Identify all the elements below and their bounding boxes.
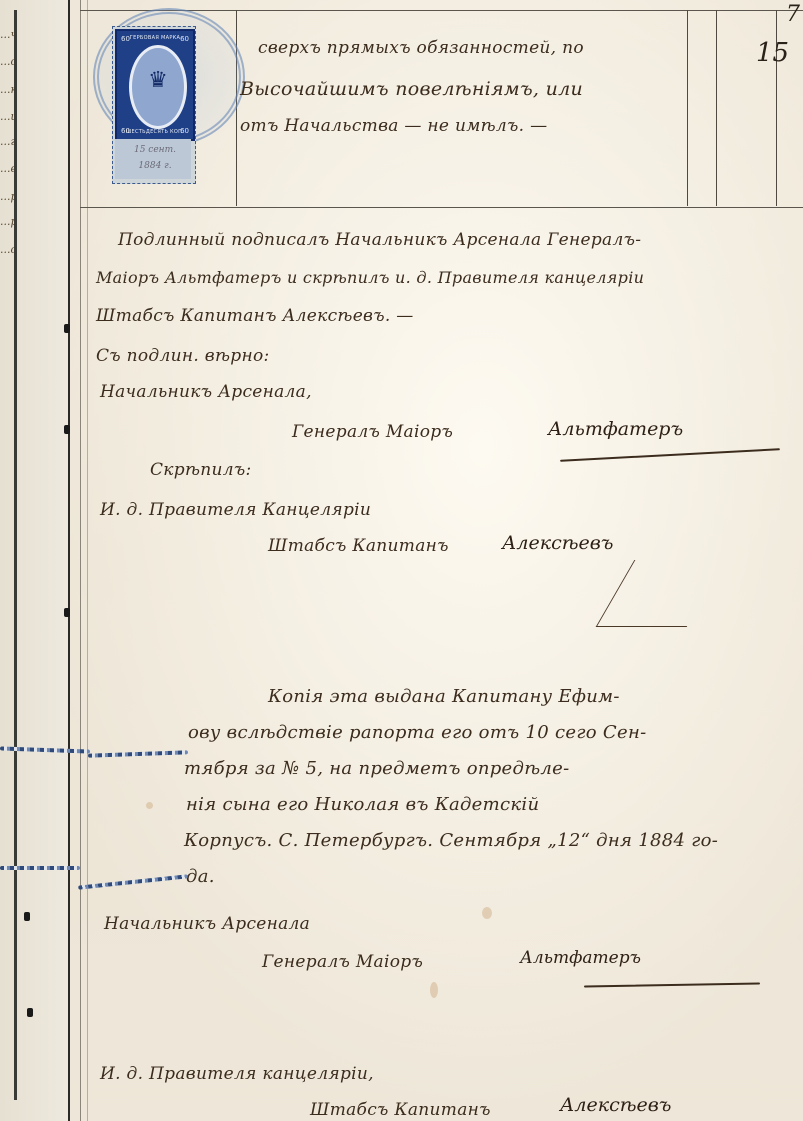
revenue-stamp: 60 60 60 60 ♛ ГЕРБОВАЯ МАРКА ШЕСТЬДЕСЯТЬ… <box>112 26 196 184</box>
stamp-design: 60 60 60 60 ♛ ГЕРБОВАЯ МАРКА ШЕСТЬДЕСЯТЬ… <box>115 29 195 141</box>
signature-altfater: Альтфатеръ <box>548 418 683 440</box>
body-line: Начальникъ Арсенала, <box>100 382 312 402</box>
signature-alekseev: Алексѣевъ <box>560 1094 671 1116</box>
issue-line: Корпусъ. С. Петербургъ. Сентября „12“ дн… <box>184 830 718 851</box>
paper-stain <box>430 982 438 998</box>
office-acting-chancellery-head: И. д. Правителя канцеляріи, <box>100 1064 374 1084</box>
stamp-cancel-year: 1884 г. <box>121 161 189 171</box>
left-underlying-sheet: ...ча ...ое- ...к. ...ила ...го ...ен- .… <box>0 0 70 1121</box>
left-fragment: ...го <box>0 135 14 148</box>
rank-general-major: Генералъ Маiоръ <box>292 422 453 442</box>
left-fragment: ...рва <box>0 190 14 203</box>
binding-hole <box>24 912 30 921</box>
binding-hole <box>64 324 70 333</box>
stamp-value-text: ШЕСТЬДЕСЯТЬ КОП. <box>117 129 193 135</box>
countersign-label: Скрѣпилъ: <box>150 460 252 480</box>
left-sheet-border-rule <box>14 10 17 1100</box>
double-headed-eagle-icon: ♛ <box>132 70 184 92</box>
table-cell-line: Высочайшимъ повелѣніямъ, или <box>240 78 583 100</box>
left-fragment: ...ру. <box>0 215 14 228</box>
stamp-oval: ♛ <box>129 45 187 129</box>
body-line: Подлинный подписалъ Начальникъ Арсенала … <box>118 230 641 250</box>
binding-thread <box>0 866 80 870</box>
issue-line: ову вслѣдствіе рапорта его отъ 10 сего С… <box>188 722 646 743</box>
signature-flourish <box>560 448 780 462</box>
binding-hole <box>64 425 70 434</box>
document-page: ...ча ...ое- ...к. ...ила ...го ...ен- .… <box>0 0 803 1121</box>
folio-number-top: 7 <box>786 2 800 27</box>
binding-thread <box>78 874 188 889</box>
table-cell-line: отъ Начальства — не имѣлъ. — <box>240 116 547 136</box>
stamp-title: ГЕРБОВАЯ МАРКА <box>117 35 193 41</box>
stamp-cancel-area: 15 сент. 1884 г. <box>115 139 191 179</box>
body-line: Штабсъ Капитанъ Алексѣевъ. — <box>96 306 414 326</box>
table-cell-line: сверхъ прямыхъ обязанностей, по <box>258 38 584 58</box>
paper-stain <box>482 907 492 919</box>
left-fragment: ...к. <box>0 83 14 96</box>
table-column-rule <box>716 10 717 206</box>
issue-line: тября за № 5, на предметъ опредѣле- <box>184 758 570 779</box>
left-fragment: ...ила <box>0 110 14 123</box>
binding-thread <box>88 750 188 757</box>
binding-hole <box>27 1008 33 1017</box>
signature-alekseev: Алексѣевъ <box>502 532 613 554</box>
stamp-cancel-date: 15 сент. <box>121 145 189 155</box>
rank-staff-captain: Штабсъ Капитанъ <box>310 1100 491 1120</box>
left-fragment: ...ое- <box>0 55 14 68</box>
folio-number-bottom: 15 <box>756 38 789 68</box>
body-line: Маiоръ Альтфатеръ и скрѣпилъ и. д. Прави… <box>96 268 644 287</box>
binding-hole <box>64 608 70 617</box>
signature-paraph <box>596 560 726 627</box>
office-acting-chancellery-head: И. д. Правителя Канцеляріи <box>100 500 371 520</box>
title-arsenal-chief: Начальникъ Арсенала <box>104 914 310 934</box>
issue-line: Копія эта выдана Капитану Ефим- <box>268 686 620 707</box>
issue-line: нія сына его Николая въ Кадетскій <box>186 794 539 815</box>
table-column-rule <box>687 10 688 206</box>
left-fragment: ...ен- <box>0 162 14 175</box>
signature-flourish <box>584 982 760 987</box>
paper-stain <box>146 802 153 809</box>
signature-altfater: Альтфатеръ <box>520 948 641 968</box>
rank-staff-captain: Штабсъ Капитанъ <box>268 536 449 556</box>
issue-line: да. <box>186 866 215 887</box>
body-line: Съ подлин. вѣрно: <box>96 346 270 366</box>
rank-general-major: Генералъ Маiоръ <box>262 952 423 972</box>
left-fragment: ...о <box>0 243 14 256</box>
left-fragment: ...ча <box>0 28 14 41</box>
